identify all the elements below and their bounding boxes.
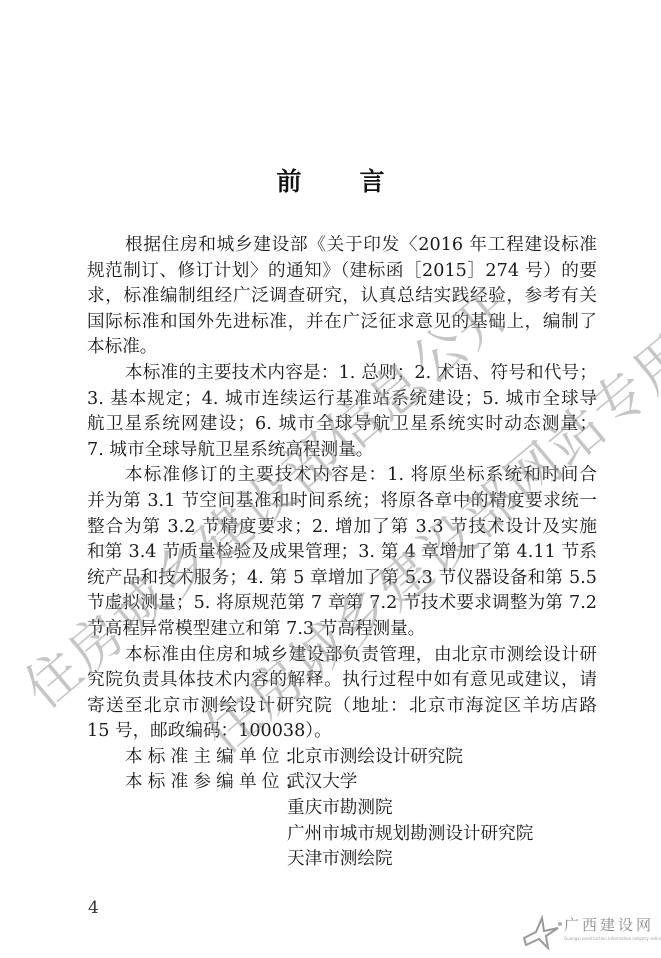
text-line: 规范制订、修订计划〉的通知》（建标函［2015］274 号）的要 — [87, 259, 597, 285]
text-line: 航卫星系统网建设；6. 城市全球导航卫星系统实时动态测量； — [87, 412, 597, 438]
text-line: 统产品和技术服务；4. 第 5 章增加了第 5.3 节仪器设备和第 5.5 — [87, 566, 597, 592]
text-line: 本标准由住房和城乡建设部负责管理，由北京市测绘设计研 — [87, 643, 597, 669]
text-line: 本标准的主要技术内容是：1. 总则；2. 术语、符号和代号； — [87, 361, 597, 387]
paragraph-2: 本标准的主要技术内容是：1. 总则；2. 术语、符号和代号； 3. 基本规定；4… — [87, 361, 597, 463]
text-line: 寄送至北京市测绘设计研究院（地址：北京市海淀区羊坊店路 — [87, 694, 597, 720]
text-line: 15 号，邮政编码：100038）。 — [87, 719, 597, 745]
text-line: 整合为第 3.2 节精度要求；2. 增加了第 3.3 节技术设计及实施 — [87, 515, 597, 541]
text-line: 7. 城市全球导航卫星系统高程测量。 — [87, 438, 597, 464]
chief-unit-value: 北京市测绘设计研究院 — [287, 745, 463, 771]
text-line: 根据住房和城乡建设部《关于印发〈2016 年工程建设标准 — [87, 233, 597, 259]
participating-unit-row: 本标准参编单位： 武汉大学 — [87, 770, 597, 796]
text-line: 节高程异常模型建立和第 7.3 节高程测量。 — [87, 617, 597, 643]
title-char-2: 言 — [360, 162, 385, 198]
participating-unit-value: 重庆市勘测院 — [287, 796, 393, 822]
text-line: 本标准修订的主要技术内容是：1. 将原坐标系统和时间合 — [87, 463, 597, 489]
participating-unit-row: 重庆市勘测院 — [87, 796, 597, 822]
participating-unit-value: 天津市测绘院 — [287, 847, 393, 873]
participating-unit-value: 广州市城市规划勘测设计研究院 — [287, 822, 533, 848]
site-logo: 广西建设网 Guangxi construction information i… — [520, 912, 660, 952]
text-line: 节虚拟测量；5. 将原规范第 7 章第 7.2 节技术要求调整为第 7.2 — [87, 591, 597, 617]
text-line: 究院负责具体技术内容的解释。执行过程中如有意见或建议，请 — [87, 668, 597, 694]
chief-unit-row: 本标准主编单位： 北京市测绘设计研究院 — [87, 745, 597, 771]
participating-unit-value: 武汉大学 — [287, 770, 357, 796]
text-line: 并为第 3.1 节空间基准和时间系统；将原各章中的精度要求统一 — [87, 489, 597, 515]
page-number: 4 — [88, 898, 99, 918]
title-char-1: 前 — [276, 162, 301, 198]
logo-subtitle: Guangxi construction information industr… — [564, 936, 661, 941]
paragraph-1: 根据住房和城乡建设部《关于印发〈2016 年工程建设标准 规范制订、修订计划〉的… — [87, 233, 597, 361]
text-line: 3. 基本规定；4. 城市连续运行基准站系统建设；5. 城市全球导 — [87, 387, 597, 413]
text-line: 本标准。 — [87, 335, 597, 361]
paragraph-4: 本标准由住房和城乡建设部负责管理，由北京市测绘设计研 究院负责具体技术内容的解释… — [87, 643, 597, 745]
chief-unit-label: 本标准主编单位： — [125, 745, 307, 771]
document-page: 前言 根据住房和城乡建设部《关于印发〈2016 年工程建设标准 规范制订、修订计… — [0, 0, 661, 958]
participating-unit-row: 广州市城市规划勘测设计研究院 — [87, 822, 597, 848]
preface-body: 根据住房和城乡建设部《关于印发〈2016 年工程建设标准 规范制订、修订计划〉的… — [87, 233, 597, 873]
editing-units: 本标准主编单位： 北京市测绘设计研究院 本标准参编单位： 武汉大学 重庆市勘测院… — [87, 745, 597, 873]
logo-name: 广西建设网 — [564, 914, 654, 935]
text-line: 求，标准编制组经广泛调查研究，认真总结实践经验，参考有关 — [87, 284, 597, 310]
text-line: 国际标准和国外先进标准，并在广泛征求意见的基础上，编制了 — [87, 310, 597, 336]
text-line: 和第 3.4 节质量检验及成果管理；3. 第 4 章增加了第 4.11 节系 — [87, 540, 597, 566]
participating-unit-row: 天津市测绘院 — [87, 847, 597, 873]
star-logo-icon — [520, 912, 562, 952]
participating-unit-label: 本标准参编单位： — [125, 770, 307, 796]
paragraph-3: 本标准修订的主要技术内容是：1. 将原坐标系统和时间合 并为第 3.1 节空间基… — [87, 463, 597, 642]
page-title: 前言 — [0, 162, 661, 198]
